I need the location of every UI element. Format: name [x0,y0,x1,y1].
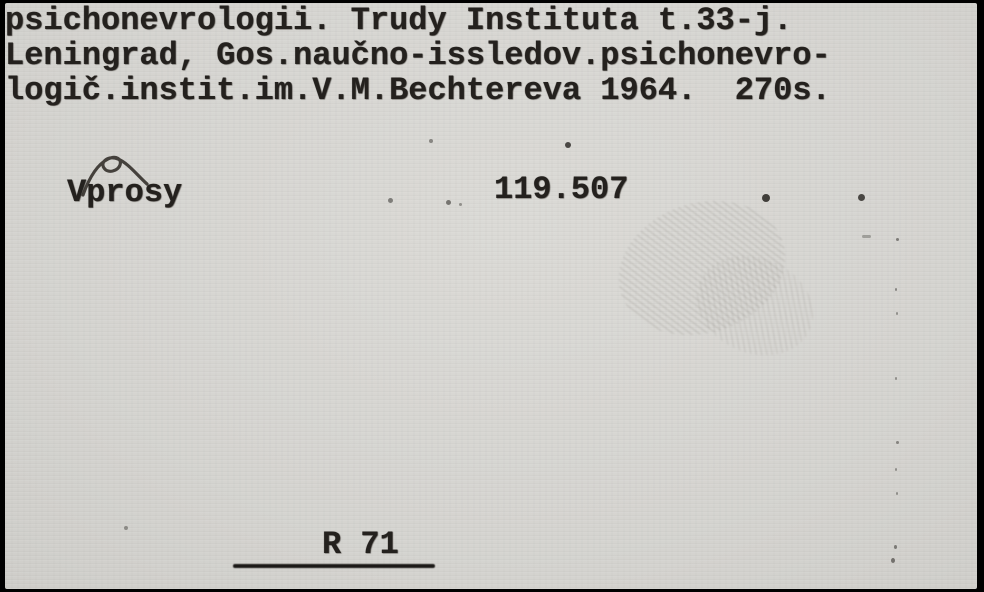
ink-speck [896,312,898,315]
ink-speck [895,468,897,471]
ink-speck [895,377,897,380]
shelf-mark: R 71 [322,527,399,562]
call-number: 119.507 [494,172,628,207]
ink-speck [894,545,897,549]
heading-text: Vprosy [67,175,182,210]
body-line: logič.instit.im.V.M.Bechtereva 1964. 270… [5,73,977,108]
ink-speck [895,288,897,291]
body-line: psichonevrologii. Trudy Instituta t.33-j… [5,3,977,38]
ink-speck [446,200,451,205]
ink-speck [896,492,898,495]
body-text-block: psichonevrologii. Trudy Instituta t.33-j… [5,3,977,108]
ink-speck [124,526,128,530]
ink-speck [862,235,871,238]
ink-speck [762,194,770,202]
card-surface: Vprosy 119.507 psichonevrologii. Trudy I… [5,3,977,589]
ink-speck [296,10,300,14]
scanned-catalog-card: Vprosy 119.507 psichonevrologii. Trudy I… [0,0,984,592]
ink-speck [459,203,462,206]
ink-speck [896,441,899,444]
shelf-mark-underline [233,564,435,568]
ink-speck [429,139,433,143]
ink-speck [388,198,393,203]
body-line: Leningrad, Gos.naučno-issledov.psichonev… [5,38,977,73]
ink-speck [896,238,899,241]
ink-speck [891,558,895,563]
ink-speck [858,194,865,201]
ink-speck [565,142,571,148]
